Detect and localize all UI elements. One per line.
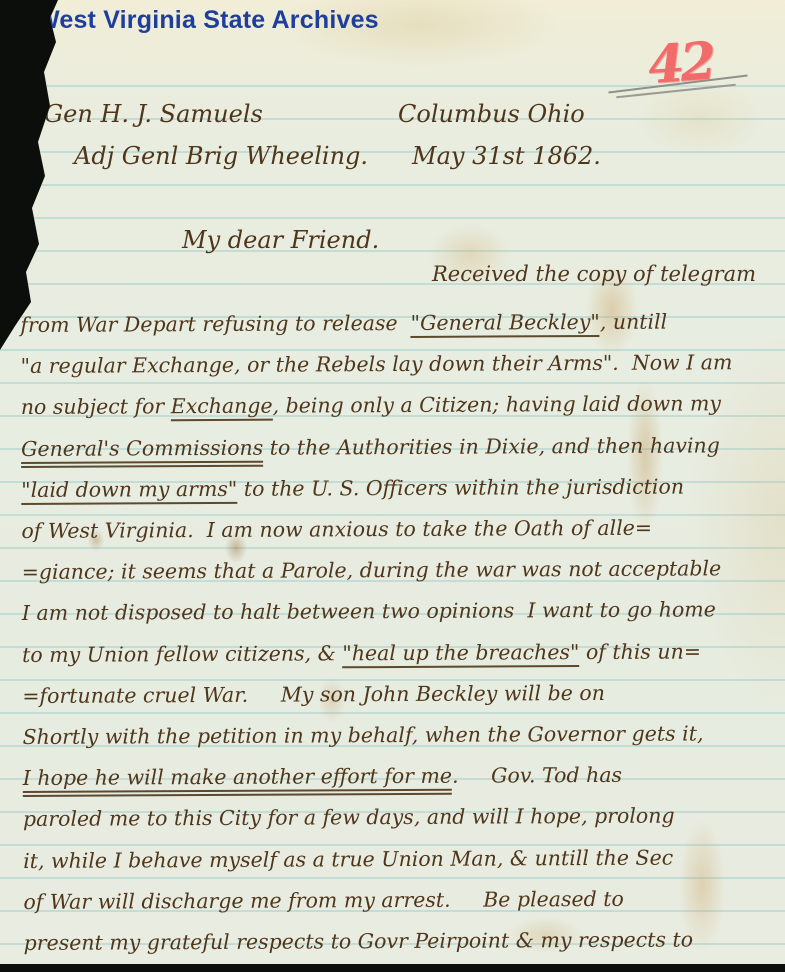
text-segment: it, while I behave myself as a true Unio… bbox=[23, 845, 673, 872]
text-segment: no subject for bbox=[21, 395, 171, 420]
text-segment: to the Authorities in Dixie, and then ha… bbox=[263, 433, 720, 459]
letter-line: of West Virginia. I am now anxious to ta… bbox=[21, 507, 777, 552]
scan-background: West Virginia State Archives 42 Gen H. J… bbox=[0, 0, 785, 972]
text-segment: , untill bbox=[600, 310, 667, 334]
page-number-mark: 42 bbox=[646, 28, 770, 96]
letter-line: I hope he will make another effort for m… bbox=[23, 754, 779, 799]
letter-line: it, while I behave myself as a true Unio… bbox=[23, 837, 779, 882]
underlined-passage: General's Commissions bbox=[21, 435, 263, 467]
text-segment: I am not disposed to halt between two op… bbox=[22, 598, 716, 626]
letter-line: no subject for Exchange, being only a Ci… bbox=[21, 383, 777, 428]
underlined-passage: Exchange bbox=[171, 394, 273, 422]
letter-paper: West Virginia State Archives 42 Gen H. J… bbox=[0, 0, 785, 964]
text-segment: paroled me to this City for a few days, … bbox=[23, 804, 675, 831]
letter-place: Columbus Ohio bbox=[398, 100, 585, 128]
text-segment: . Gov. Tod has bbox=[452, 763, 622, 788]
text-segment: =fortunate cruel War. My son John Beckle… bbox=[22, 681, 605, 708]
archive-banner-title: West Virginia State Archives bbox=[36, 6, 379, 35]
letter-salutation: My dear Friend. bbox=[182, 226, 379, 254]
recipient-title: Adj Genl Brig Wheeling. bbox=[74, 142, 368, 170]
letter-line: "laid down my arms" to the U. S. Officer… bbox=[21, 466, 777, 511]
text-segment: "a regular Exchange, or the Rebels lay d… bbox=[21, 350, 733, 378]
letter-line: "a regular Exchange, or the Rebels lay d… bbox=[20, 342, 776, 387]
letter-line: =fortunate cruel War. My son John Beckle… bbox=[22, 672, 778, 717]
letter-line: paroled me to this City for a few days, … bbox=[23, 795, 779, 840]
text-segment: to the U. S. Officers within the jurisdi… bbox=[237, 474, 684, 500]
underlined-passage: "General Beckley" bbox=[411, 310, 600, 338]
letter-date: May 31st 1862. bbox=[412, 142, 601, 170]
text-segment: =giance; it seems that a Parole, during … bbox=[22, 557, 722, 585]
text-segment: , being only a Citizen; having laid down… bbox=[273, 392, 721, 418]
letter-opening-line: Received the copy of telegram bbox=[432, 262, 756, 286]
letter-line: =giance; it seems that a Parole, during … bbox=[22, 548, 778, 593]
underlined-passage: "laid down my arms" bbox=[21, 477, 237, 505]
letter-line: to my Union fellow citizens, & "heal up … bbox=[22, 631, 778, 676]
recipient-name: Gen H. J. Samuels bbox=[44, 100, 263, 128]
letter-line: of War will discharge me from my arrest.… bbox=[23, 878, 779, 923]
letter-line: I am not disposed to halt between two op… bbox=[22, 589, 778, 634]
text-segment: of this un= bbox=[579, 639, 701, 664]
letter-line: present my grateful respects to Govr Pei… bbox=[24, 919, 780, 964]
text-segment: to my Union fellow citizens, & bbox=[22, 641, 342, 667]
text-segment: from War Depart refusing to release bbox=[20, 311, 410, 337]
underlined-passage: "heal up the breaches" bbox=[342, 640, 579, 668]
letter-body: from War Depart refusing to release "Gen… bbox=[20, 301, 779, 964]
letter-line: General's Commissions to the Authorities… bbox=[21, 425, 777, 470]
text-segment: Shortly with the petition in my behalf, … bbox=[22, 721, 703, 749]
text-segment: of War will discharge me from my arrest.… bbox=[23, 887, 624, 914]
letter-line: Shortly with the petition in my behalf, … bbox=[22, 713, 778, 758]
text-segment: present my grateful respects to Govr Pei… bbox=[24, 928, 694, 956]
letter-line: from War Depart refusing to release "Gen… bbox=[20, 301, 776, 346]
text-segment: of West Virginia. I am now anxious to ta… bbox=[21, 516, 652, 543]
underlined-passage: I hope he will make another effort for m… bbox=[23, 764, 452, 797]
